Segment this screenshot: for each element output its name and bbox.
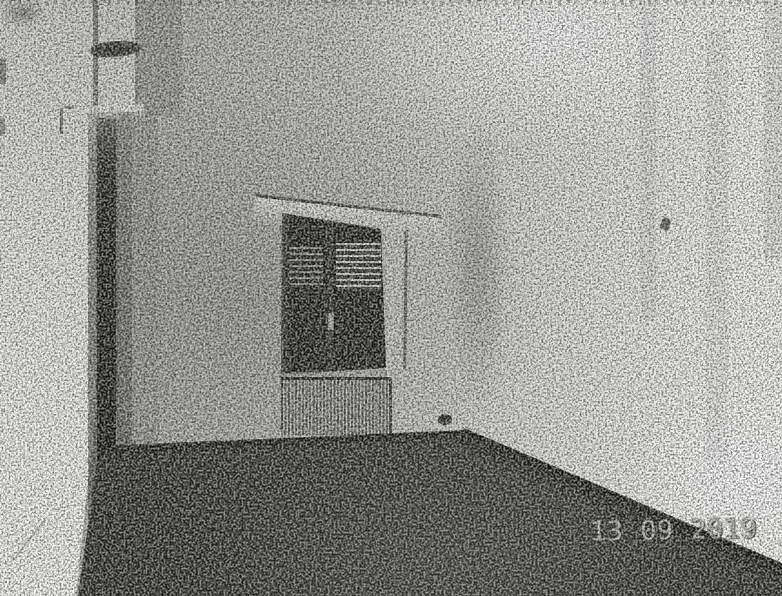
date-stamp: 13 09 2019 [590, 514, 780, 547]
window-blinds-left [289, 247, 326, 286]
wall-shading [446, 118, 510, 410]
scan-streak [640, 0, 656, 320]
left-wall [0, 0, 96, 596]
wall-mark [60, 108, 63, 134]
door-shaded-column [138, 0, 182, 115]
window-mullion [323, 217, 336, 375]
radiator [281, 377, 391, 435]
window-handle [328, 313, 334, 330]
scan-streak [764, 0, 782, 260]
scan-edge-noise [0, 0, 782, 5]
wall-mark [65, 106, 74, 109]
room-photograph: 13 09 2019 [0, 0, 782, 596]
wall-mark [659, 217, 672, 231]
scan-smudge [0, 118, 5, 136]
scan-streak [706, 30, 728, 460]
power-outlet [438, 414, 452, 425]
window-blinds-right [335, 243, 381, 291]
window-reveal-right [386, 214, 434, 374]
window [278, 212, 390, 376]
window-frame-left [281, 214, 290, 375]
scan-smudge [0, 58, 6, 84]
radiator-pipe [389, 378, 392, 433]
